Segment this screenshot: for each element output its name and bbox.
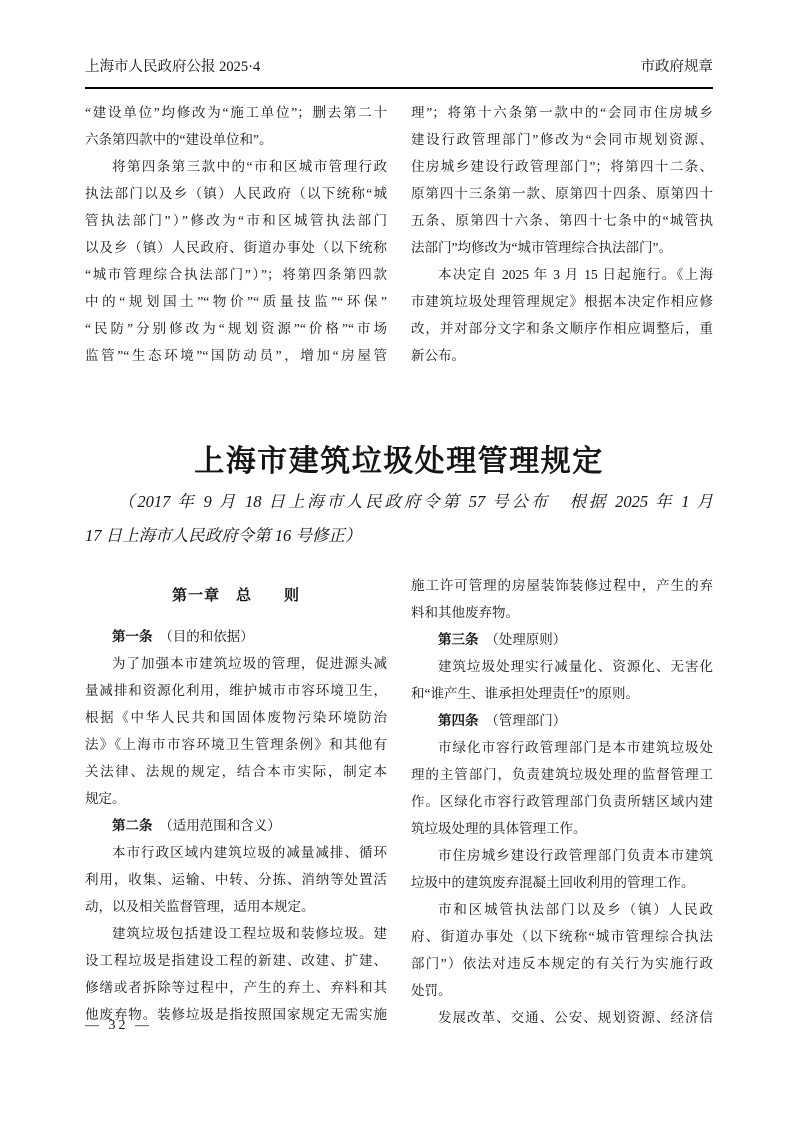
header-rule (85, 87, 713, 89)
regulation-text-line: 法》《上海市市容环境卫生管理条例》和其他有 (85, 731, 387, 758)
amendment-text-line: 新公布。 (411, 342, 713, 369)
regulation-text-line: 和“谁产生、谁承担处理责任”的原则。 (411, 680, 713, 707)
amendment-text-line: 管执法部门”）”修改为“市和区城管执法部门 (85, 207, 387, 234)
regulation-text-line: 规定。 (85, 785, 387, 812)
regulation-text-line: 动，以及相关监督管理，适用本规定。 (85, 893, 387, 920)
amendment-text-line: 执法部门以及乡（镇）人民政府（以下统称“城 (85, 180, 387, 207)
regulation-text-line: 筑垃圾处理的具体管理工作。 (411, 815, 713, 842)
regulation-text-line: 垃圾中的建筑废弃混凝土回收利用的管理工作。 (411, 869, 713, 896)
regulation-text-line: 第一章 总 则 (85, 582, 387, 609)
amendment-section: “建设单位”均修改为“施工单位”；删去第二十六条第四款中的“建设单位和”。将第四… (85, 99, 713, 371)
regulation-text-line: 发展改革、交通、公安、规划资源、经济信 (411, 1004, 713, 1031)
regulation-text-line: 市住房城乡建设行政管理部门负责本市建筑 (411, 842, 713, 869)
section-category-label: 市政府规章 (641, 56, 714, 78)
article-number-bold: 第三条 (438, 632, 479, 647)
gazette-name: 上海市人民政府公报 2025·4 (85, 56, 260, 78)
regulation-left-column: 第一章 总 则第一条 （目的和依据）为了加强本市建筑垃圾的管理，促进源头减量减排… (85, 572, 387, 1028)
amendment-text-line: 住房城乡建设行政管理部门”；将第四十二条、 (411, 153, 713, 180)
amendment-text-line: 市建筑垃圾处理管理规定》根据本决定作相应修 (411, 288, 713, 315)
amendment-text-line: 改，并对部分文字和条文顺序作相应调整后，重 (411, 315, 713, 342)
page-header: 上海市人民政府公报 2025·4 市政府规章 (85, 56, 713, 78)
article-number-bold: 第一条 (112, 629, 153, 644)
regulation-text-line: 处罚。 (411, 977, 713, 1004)
amendment-text-line: “建设单位”均修改为“施工单位”；删去第二十 (85, 99, 387, 126)
amendment-text-line: 监管”“生态环境”“国防动员”，增加“房屋管 (85, 342, 387, 369)
regulation-text-line: 市绿化市容行政管理部门是本市建筑垃圾处 (411, 734, 713, 761)
regulation-text-line: 利用，收集、运输、中转、分拣、消纳等处置活 (85, 866, 387, 893)
regulation-text-line: 建筑垃圾包括建设工程垃圾和装修垃圾。建 (85, 920, 387, 947)
regulation-text-line: 第一条 （目的和依据） (85, 623, 387, 650)
regulation-text-line: 根据《中华人民共和国固体废物污染环境防治 (85, 704, 387, 731)
regulation-text-line: 第四条 （管理部门） (411, 707, 713, 734)
regulation-title: 上海市建筑垃圾处理管理规定 (85, 442, 713, 482)
regulation-text-line: 第二条 （适用范围和含义） (85, 812, 387, 839)
article-number-bold: 第四条 (438, 713, 479, 728)
amendment-text-line: 理”；将第十六条第一款中的“会同市住房城乡 (411, 99, 713, 126)
amendment-text-line: 将第四条第三款中的“市和区城市管理行政 (85, 153, 387, 180)
amendment-text-line: 六条第四款中的“建设单位和”。 (85, 126, 387, 153)
regulation-text-line: 本市行政区域内建筑垃圾的减量减排、循环 (85, 839, 387, 866)
amendment-text-line: 中的“规划国土”“物价”“质量技监”“环保” (85, 288, 387, 315)
amendment-right-column: 理”；将第十六条第一款中的“会同市住房城乡建设行政管理部门”修改为“会同市规划资… (411, 99, 713, 369)
regulation-text-line: 理的主管部门，负责建筑垃圾处理的监督管理工 (411, 761, 713, 788)
amendment-text-line: 原第四十三条第一款、原第四十四条、原第四十 (411, 180, 713, 207)
amendment-text-line: 以及乡（镇）人民政府、街道办事处（以下统称 (85, 234, 387, 261)
promulgation-note: （2017 年 9 月 18 日上海市人民政府令第 57 号公布 根据 2025… (85, 485, 713, 553)
amendment-text-line: 五条、原第四十六条、第四十七条中的“城管执 (411, 207, 713, 234)
regulation-text-line: 第三条 （处理原则） (411, 626, 713, 653)
page-number: — 32 — (85, 1016, 152, 1036)
regulation-text-line: 市和区城管执法部门以及乡（镇）人民政 (411, 896, 713, 923)
amendment-left-column: “建设单位”均修改为“施工单位”；删去第二十六条第四款中的“建设单位和”。将第四… (85, 99, 387, 369)
regulation-text-line: 作。区绿化市容行政管理部门负责所辖区域内建 (411, 788, 713, 815)
amendment-text-line: 建设行政管理部门”修改为“会同市规划资源、 (411, 126, 713, 153)
regulation-text-line: 施工许可管理的房屋装饰装修过程中，产生的弃 (411, 572, 713, 599)
regulation-text-line: 修缮或者拆除等过程中，产生的弃土、弃料和其 (85, 974, 387, 1001)
regulation-text-line: 部门”）依法对违反本规定的有关行为实施行政 (411, 950, 713, 977)
regulation-text-line: 料和其他废弃物。 (411, 599, 713, 626)
amendment-text-line: 法部门”均修改为“城市管理综合执法部门”。 (411, 234, 713, 261)
amendment-text-line: “民防”分别修改为“规划资源”“价格”“市场 (85, 315, 387, 342)
regulation-text-line: 建筑垃圾处理实行减量化、资源化、无害化 (411, 653, 713, 680)
regulation-text-line: 为了加强本市建筑垃圾的管理，促进源头减 (85, 650, 387, 677)
amendment-text-line: 本决定自 2025 年 3 月 15 日起施行。《上海 (411, 261, 713, 288)
regulation-text-line: 量减排和资源化利用，维护城市市容环境卫生， (85, 677, 387, 704)
regulation-text-line: 府、街道办事处（以下统称“城市管理综合执法 (411, 923, 713, 950)
regulation-text-line: 关法律、法规的规定，结合本市实际，制定本 (85, 758, 387, 785)
gazette-page: { "meta": { "background": "#ffffff", "te… (0, 0, 793, 1122)
promulgation-line: （2017 年 9 月 18 日上海市人民政府令第 57 号公布 根据 2025… (85, 485, 713, 519)
promulgation-line: 17 日上海市人民政府令第 16 号修正） (85, 519, 713, 553)
amendment-text-line: “城市管理综合执法部门”）”；将第四条第四款 (85, 261, 387, 288)
regulation-body: 第一章 总 则第一条 （目的和依据）为了加强本市建筑垃圾的管理，促进源头减量减排… (85, 572, 713, 1042)
regulation-right-column: 施工许可管理的房屋装饰装修过程中，产生的弃料和其他废弃物。第三条 （处理原则）建… (411, 572, 713, 1031)
article-number-bold: 第二条 (112, 818, 153, 833)
regulation-text-line: 设工程垃圾是指建设工程的新建、改建、扩建、 (85, 947, 387, 974)
